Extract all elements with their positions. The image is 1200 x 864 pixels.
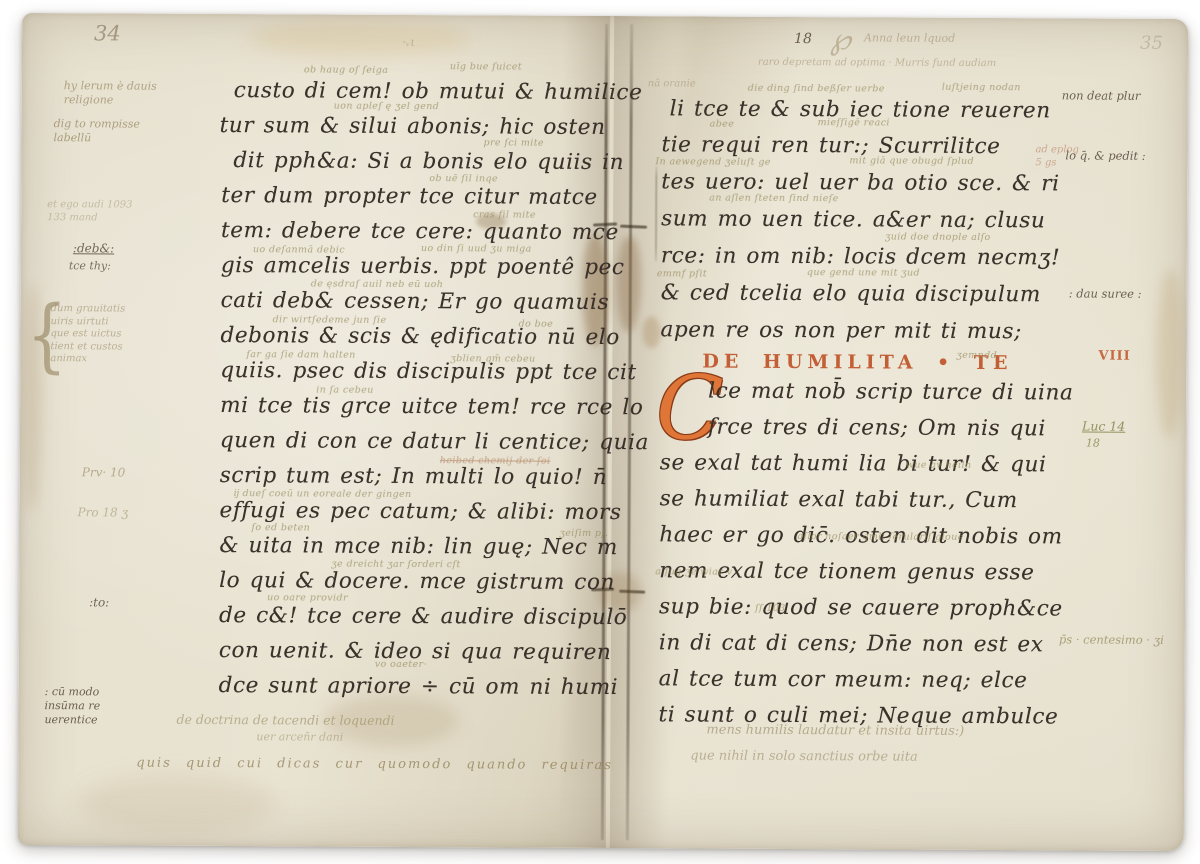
main-text-line: dce sunt apriore ÷ cū om ni humi — [219, 673, 619, 700]
main-text-line: rce: in om nib: locis dcem necmʒ! — [661, 243, 1060, 270]
main-text-line: in di cat di cens; Dn̄e non est ex — [659, 630, 1044, 657]
citation-luc-18: 18 — [1086, 437, 1100, 451]
marginal-note-dausuree: : dau suree : — [1069, 286, 1142, 301]
interlinear-gloss: uo oare providr — [267, 592, 348, 603]
interlinear-gloss: ʒuid doe dnople alſo — [885, 231, 991, 243]
main-text-line: cati deb& cessen; Er go quamuis — [221, 288, 610, 315]
bottom-gloss-que-nihil: que nihil in solo sanctius orbe uita — [690, 748, 918, 765]
bottom-gloss-doctrina2: uer arceñr dani — [256, 730, 343, 744]
main-text-line: apen re os non per mit ti mus; — [660, 317, 1021, 344]
interlinear-gloss: emmf pſit — [657, 268, 707, 279]
main-text-line: ter dum propter tce citur matce — [221, 183, 598, 210]
main-text-line: quiis. psec dis discipulis ppt tce cit — [220, 358, 637, 385]
citation-prv-10: Prv· 10 — [82, 465, 126, 480]
marginal-gloss-faint: et ego audi 1093 133 mand — [47, 199, 132, 224]
main-text-line: lo qui & docere. mce gistrum con — [219, 568, 615, 595]
interlinear-gloss: uo deſanmā debic — [253, 244, 345, 255]
interlinear-gloss: ob uē ſil inqe — [429, 173, 498, 184]
interlinear-gloss: wue av heiln — [906, 460, 972, 471]
interlinear-gloss: uīg bue ſuicet — [450, 61, 522, 72]
interlinear-gloss: que gend une mit ʒud — [807, 267, 920, 279]
interlinear-gloss: ſſ 103 — [755, 603, 786, 614]
interlinear-gloss: ſo ed beten — [251, 522, 310, 533]
citation-luc-14: Luc 14 — [1082, 419, 1125, 435]
marginal-note-nondeat: non deat plur — [1062, 88, 1141, 103]
interlinear-gloss: a ſug ʒe wiar v — [655, 566, 732, 577]
interlinear-gloss: ĳ dueſ coeū un eoreale der gingen — [234, 488, 412, 500]
header-flourish: ℘ — [830, 21, 851, 59]
interlinear-gloss: in ſa cebeu — [316, 384, 374, 395]
main-text-line: al tce tum cor meum: neq; elce — [659, 666, 1028, 693]
marginal-gloss-religione: hy lerum è dauis religione — [64, 79, 157, 107]
manuscript-photo: 34 ·ᵥι hy lerum è dauis religione dig to… — [0, 0, 1200, 864]
main-text-line: frce tres di cens; Om nis qui — [708, 415, 1046, 442]
chapter-number: VIII — [1098, 349, 1130, 364]
parchment-stain — [1156, 269, 1185, 439]
marginal-gloss-brace-group: dum grauitatis uiris uirtuti que est uic… — [50, 303, 125, 366]
interlinear-gloss: abee — [710, 119, 735, 130]
main-text-line: de c&! tce cere & audire discipulō — [219, 603, 627, 630]
interlinear-gloss: de ęsdraſ auil neb eū uoh — [311, 278, 444, 290]
main-text-line: & ced tcelia elo quia discipulum — [661, 280, 1041, 307]
marginal-note-loq: lo q̄. & pedit : — [1065, 148, 1145, 163]
interlinear-gloss: ʒe dreicht ʒar ſorderi cſt — [331, 559, 460, 571]
main-text-line: lce mat nob̄ scrip turce di uina — [708, 379, 1073, 406]
interlinear-gloss: uon apleſ ę ʒel gend — [334, 101, 440, 113]
marginal-gloss-tce-thy: tce thy: — [69, 259, 111, 273]
interlinear-gloss: do boe — [519, 319, 554, 330]
interlinear-gloss: pre ſci mite — [483, 137, 544, 148]
main-text-line: se humiliat exal tabi tur., Cum — [660, 486, 1018, 513]
header-scribble: raro depretam ad optima · Murris fund au… — [758, 57, 996, 71]
header-scribble: nā oranie — [648, 78, 696, 91]
interlinear-gloss: ob haug oſ ſeiga — [304, 64, 388, 75]
interlinear-gloss: ʒblien qm̄ cebeu — [450, 353, 535, 364]
citation-to: :to: — [89, 595, 109, 610]
citation-ps-centesimo: p̄s · centesimo · ʒi — [1059, 632, 1164, 647]
interlinear-gloss: vo oaeter· — [375, 659, 427, 670]
interlinear-gloss: mit giā que obugd ſplud — [849, 155, 974, 167]
interlinear-gloss: ſar ga ſie dam halten — [246, 349, 355, 361]
marginal-gloss-digito: dig to rompisse labellū — [53, 117, 139, 145]
interlinear-gloss: an aſlen ſteten ſind nieſe — [709, 193, 838, 205]
header-folio-mark: 18 — [794, 31, 812, 49]
main-text-line: debonis & scis & ędificatio nū elo — [220, 323, 620, 350]
parchment-stain — [247, 20, 472, 57]
interlinear-gloss: mieſſigē reaci — [818, 117, 890, 128]
main-text-line: tem: debere tce cere: quanto mce — [221, 218, 619, 245]
main-text-line: tur sum & silui abonis; hic osten — [220, 113, 606, 140]
main-text-line: sum mo uen tice. a&er na; clusu — [661, 206, 1045, 233]
main-text-line: quen di con ce datur li centice; quia — [220, 428, 649, 455]
parchment-stain — [78, 773, 278, 834]
interlinear-gloss-struck: heibed chemij der ſoi — [440, 455, 551, 467]
citation-pro-18: Pro 18 ʒ — [78, 505, 129, 520]
main-text-line: se exal tat humi lia bi tur! & qui — [660, 450, 1047, 477]
bottom-gloss-mens-humilis: mens humilis laudatur et insita uirtus:) — [706, 723, 964, 741]
interlinear-gloss: cras fil mite — [473, 209, 536, 220]
top-mark: ·ᵥι — [402, 35, 415, 50]
interlinear-gloss: ʒemndd — [956, 350, 997, 361]
bottom-gloss-doctrina: de doctrina de tacendi et loquendi — [176, 712, 394, 729]
marginal-gloss-cu-modo: : cū modo insūma re uerentice — [44, 685, 100, 727]
main-text-line: mi tce tis grce uitce tem! rce rce lo — [220, 393, 643, 420]
marginal-gloss-debet: :deb&: — [73, 241, 114, 256]
main-text-line: scrip tum est; In multi lo quio! n̄ — [220, 463, 608, 490]
main-text-line: sup bie: quod se cauere proph&ce — [659, 594, 1063, 621]
interlinear-gloss: aſlor hoſaer qmli ſerulariſ gloue — [797, 531, 963, 543]
interlinear-gloss: In aewegend ʒeluſt ge — [655, 156, 771, 168]
folio-number-right: 35 — [1140, 33, 1163, 54]
header-scribble: Anna leun lquod — [864, 31, 955, 45]
interlinear-gloss: ʒeiſim pf. — [559, 528, 608, 539]
interlinear-gloss: uo din ſi uud ʒu miga — [421, 243, 532, 255]
interlinear-gloss: luſtjeing nodan — [942, 82, 1021, 93]
manuscript-spread: 34 ·ᵥι hy lerum è dauis religione dig to… — [18, 13, 1188, 851]
main-text-line: dit pph&a: Si a bonis elo quiis in — [233, 148, 624, 175]
main-text-line: effugi es pec catum; & alibi: mors — [220, 498, 622, 525]
main-text-line: gis amcelis uerbis. ppt poentê pec — [221, 253, 625, 280]
folio-number-left: 34 — [94, 21, 121, 45]
bottom-gloss-quis-quid: quis quid cui dicas cur quomodo quando r… — [136, 756, 613, 775]
interlinear-gloss: dir wirtſedeme jun ſie — [273, 314, 387, 326]
main-text-line: & uita in mce nib: lin guę; Nec m — [219, 533, 618, 560]
interlinear-gloss: die ding ſind beßſer uerbe — [748, 83, 885, 95]
